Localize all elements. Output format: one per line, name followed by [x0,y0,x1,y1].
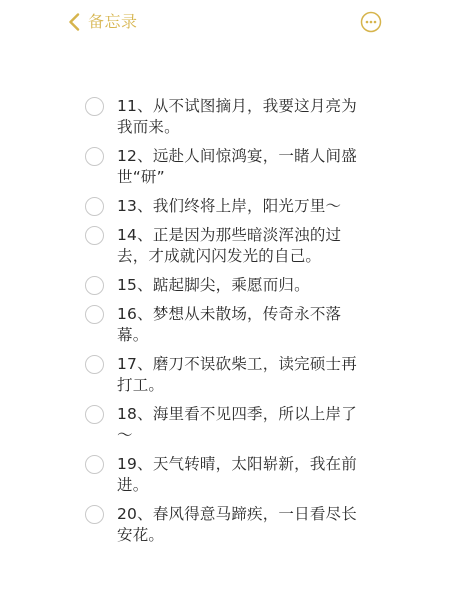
checklist-item-text[interactable]: 12、远赴人间惊鸿宴，一睹人间盛世“研” [117,146,367,188]
checkbox-circle[interactable] [85,405,104,424]
checkbox-circle[interactable] [85,305,104,324]
checklist-item-text[interactable]: 20、春风得意马蹄疾，一日看尽长安花。 [117,504,367,546]
checkbox-circle[interactable] [85,147,104,166]
checklist-item: 12、远赴人间惊鸿宴，一睹人间盛世“研” [0,146,367,188]
chevron-left-icon [68,13,80,31]
navigation-bar: 备忘录 [0,0,460,44]
checklist-item: 13、我们终将上岸，阳光万里～ [0,196,367,217]
checklist-item-text[interactable]: 14、正是因为那些暗淡浑浊的过去，才成就闪闪发光的自己。 [117,225,367,267]
checkbox-circle[interactable] [85,197,104,216]
checklist-item-text[interactable]: 15、踮起脚尖，乘愿而归。 [117,275,367,296]
checklist-item: 19、天气转晴，太阳崭新，我在前进。 [0,454,367,496]
checklist: 11、从不试图摘月，我要这月亮为我而来。 12、远赴人间惊鸿宴，一睹人间盛世“研… [0,96,460,554]
checklist-item: 14、正是因为那些暗淡浑浊的过去，才成就闪闪发光的自己。 [0,225,367,267]
checklist-item: 20、春风得意马蹄疾，一日看尽长安花。 [0,504,367,546]
checklist-item: 17、磨刀不误砍柴工，读完硕士再打工。 [0,354,367,396]
back-label: 备忘录 [88,10,138,34]
checkbox-circle[interactable] [85,455,104,474]
checkbox-circle[interactable] [85,226,104,245]
checklist-item: 15、踮起脚尖，乘愿而归。 [0,275,367,296]
checkbox-circle[interactable] [85,505,104,524]
checklist-item-text[interactable]: 18、海里看不见四季，所以上岸了～ [117,404,367,446]
checkbox-circle[interactable] [85,355,104,374]
checklist-item-text[interactable]: 13、我们终将上岸，阳光万里～ [117,196,367,217]
more-ellipsis-circle-icon [360,11,382,33]
checklist-item: 18、海里看不见四季，所以上岸了～ [0,404,367,446]
checkbox-circle[interactable] [85,276,104,295]
checkbox-circle[interactable] [85,97,104,116]
checklist-item-text[interactable]: 19、天气转晴，太阳崭新，我在前进。 [117,454,367,496]
checklist-item: 16、梦想从未散场，传奇永不落幕。 [0,304,367,346]
checklist-item-text[interactable]: 17、磨刀不误砍柴工，读完硕士再打工。 [117,354,367,396]
checklist-item-text[interactable]: 16、梦想从未散场，传奇永不落幕。 [117,304,367,346]
checklist-item-text[interactable]: 11、从不试图摘月，我要这月亮为我而来。 [117,96,367,138]
back-button[interactable]: 备忘录 [68,10,138,34]
checklist-item: 11、从不试图摘月，我要这月亮为我而来。 [0,96,367,138]
more-button[interactable] [360,11,382,33]
